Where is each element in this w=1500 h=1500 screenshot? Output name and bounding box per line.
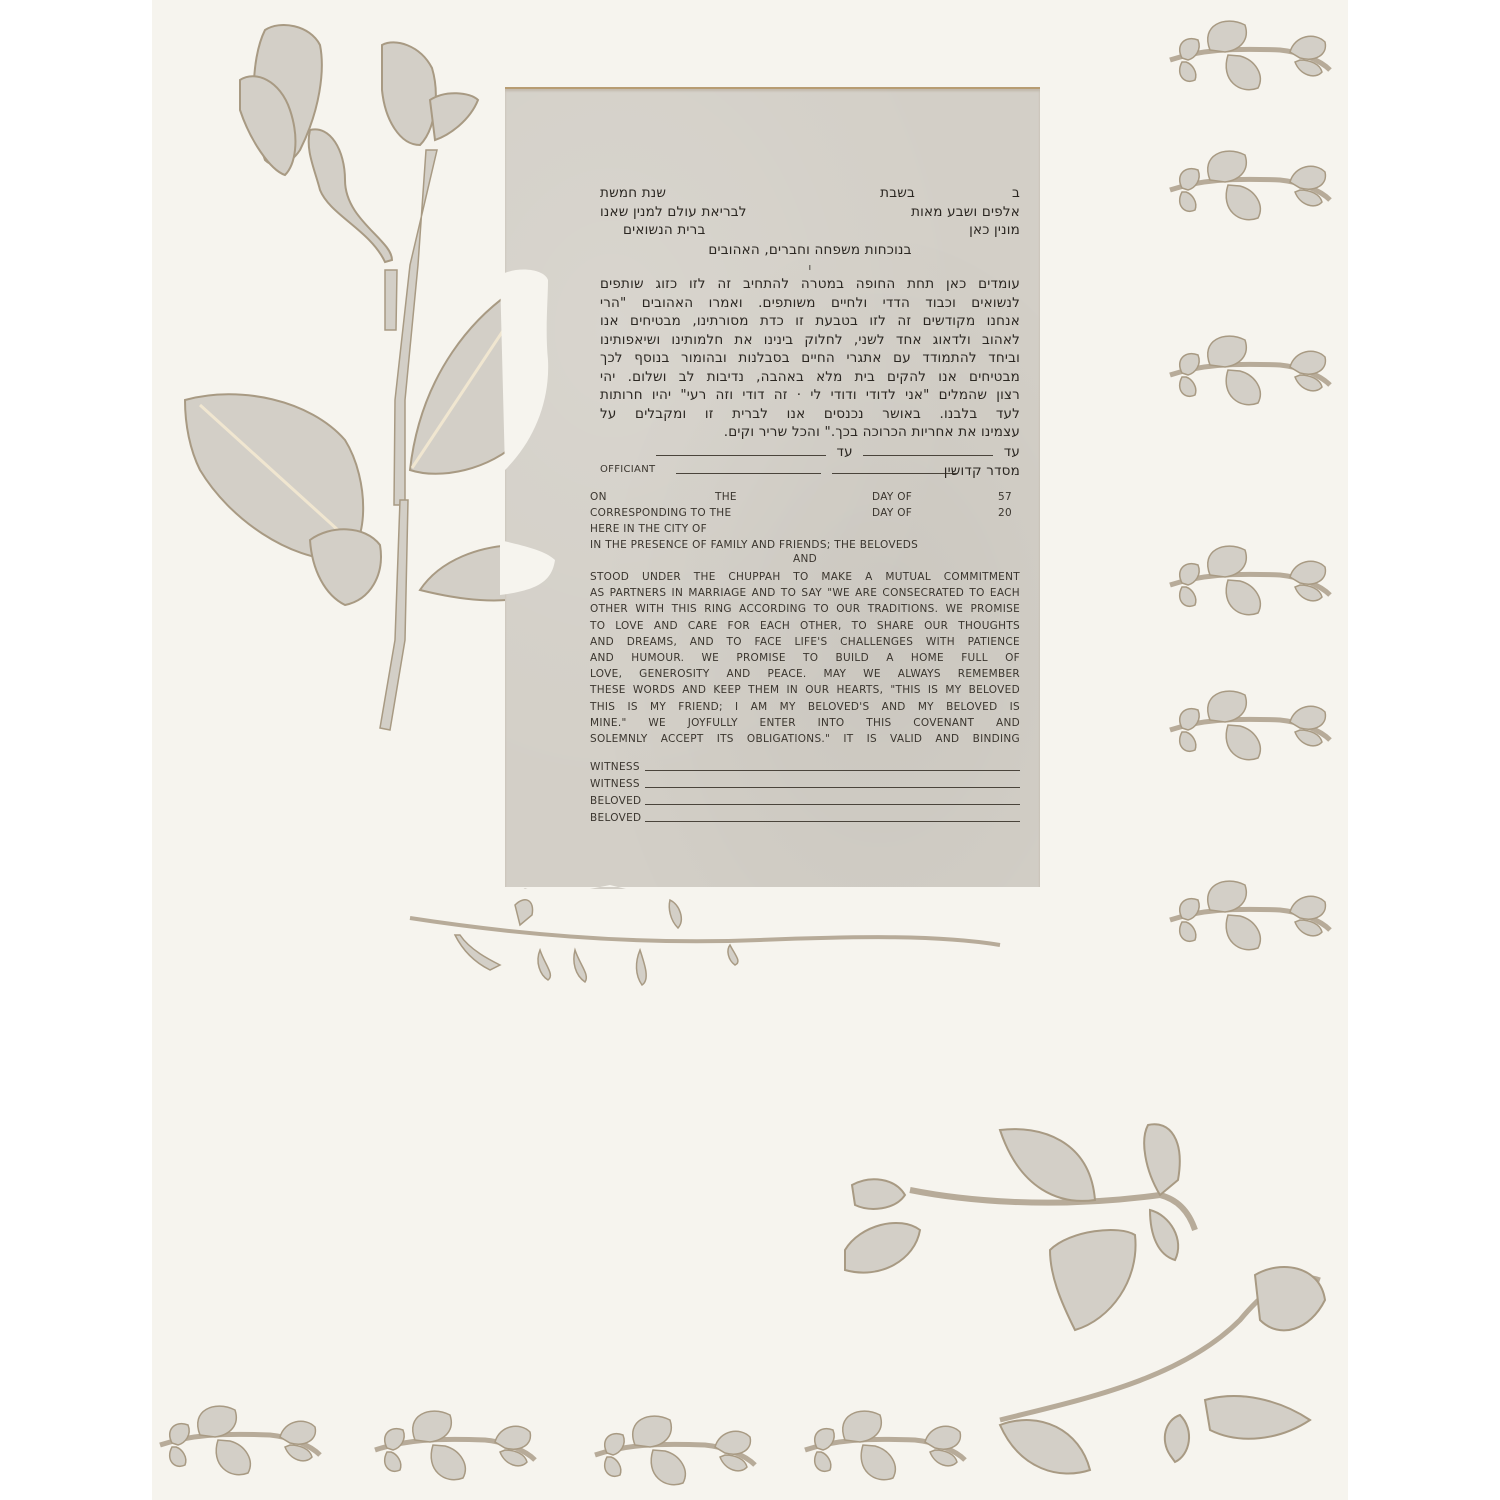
hebrew-header-1-middle: בשבת: [880, 184, 915, 203]
hebrew-witness-row: עד עד: [600, 443, 1020, 462]
officiant-line-en[interactable]: [676, 462, 821, 474]
date-the: the: [715, 489, 737, 505]
date-year-he: 57: [998, 489, 1012, 505]
hebrew-body-line: מבטיחים אנו להקים בית מלא באהבה, נדיבות …: [600, 368, 1020, 387]
signature-line-witness-1[interactable]: [645, 759, 1020, 771]
date-corresponding: corresponding to the: [590, 505, 731, 521]
hebrew-witness-line-1[interactable]: [863, 444, 993, 456]
hebrew-body-line: לנשואים וכבוד הדדי ולחיים משותפים. ואמרו…: [600, 294, 1020, 313]
signature-label-beloved-2: Beloved: [590, 812, 641, 824]
signature-line-beloved-1[interactable]: [645, 793, 1020, 805]
hebrew-header-2-left: לבריאת עולם למנין שאנו: [600, 203, 747, 222]
date-day-of-1: day of: [872, 489, 912, 505]
hebrew-body-line: אנחנו מקודשים זה לזו בטבעת זו כדת מסורתי…: [600, 312, 1020, 331]
english-body-line: mine." we joyfully enter into this coven…: [590, 715, 1020, 731]
english-body-line: to love and care for each other, to shar…: [590, 618, 1020, 634]
hebrew-body-line: לעד בלבנו. באושר נכנסים אנו לברית זו ומק…: [600, 405, 1020, 424]
hebrew-witness-label-1: עד: [1004, 444, 1020, 460]
signature-line-witness-2[interactable]: [645, 776, 1020, 788]
date-city: here in the city of: [590, 521, 707, 537]
signature-label-witness-1: Witness: [590, 761, 640, 773]
english-body-line: as partners in marriage and to say "we a…: [590, 585, 1020, 601]
english-body-line: other with this ring according to our tr…: [590, 601, 1020, 617]
hebrew-header-1-left: שנת חמשת: [600, 184, 666, 203]
ketubah-text-panel: ב בשבת שנת חמשת אלפים ושבע מאות לבריאת ע…: [505, 87, 1040, 889]
hebrew-header-2-right: אלפים ושבע מאות: [911, 203, 1020, 222]
signature-label-witness-2: Witness: [590, 778, 640, 790]
hebrew-body-line: עצמינו את אחריות הכרוכה בכך." והכל שריר …: [600, 423, 1020, 442]
english-body-line: solemnly accept its obligations." it is …: [590, 731, 1020, 747]
english-body-line: and dreams, and to face life's challenge…: [590, 634, 1020, 650]
english-date-block: On the day of 57 corresponding to the da…: [590, 489, 1020, 537]
english-body-line: these words and keep them in our hearts,…: [590, 682, 1020, 698]
english-body-line: and humour. we promise to build a home f…: [590, 650, 1020, 666]
rose-branch-bottom-right-icon: [845, 1124, 1325, 1473]
english-body: stood under the chuppah to make a mutual…: [590, 569, 1020, 747]
officiant-label-en: Officiant: [600, 462, 655, 478]
officiant-line-he[interactable]: [832, 462, 957, 474]
hebrew-header-3-left: ברית הנשואים: [623, 221, 705, 240]
hebrew-body-line: לאהוב ולדאוג אחד לשני, לחלוק בינינו את ח…: [600, 331, 1020, 350]
hebrew-body: עומדים כאן תחת החופה במטרה להתחיב זה לזו…: [600, 275, 1020, 442]
hebrew-header-1-right: ב: [1012, 184, 1020, 203]
hebrew-header: ב בשבת שנת חמשת אלפים ושבע מאות לבריאת ע…: [600, 184, 1020, 240]
officiant-label-he: מסדר קדושין: [944, 462, 1020, 481]
hebrew-witness-line-2[interactable]: [656, 444, 826, 456]
flower-stem-left-icon: [185, 25, 552, 730]
english-signatures: Witness Witness Beloved Beloved: [590, 759, 1020, 827]
english-body-line: this is my friend; I am my beloved's and…: [590, 699, 1020, 715]
english-body-line: love, generosity and peace. may we alway…: [590, 666, 1020, 682]
signature-line-beloved-2[interactable]: [645, 810, 1020, 822]
english-and: and: [590, 551, 1020, 567]
date-on: On: [590, 489, 607, 505]
signature-label-beloved-1: Beloved: [590, 795, 641, 807]
leaf-sprig-right-column-icon: [1170, 21, 1330, 950]
english-body-line: stood under the chuppah to make a mutual…: [590, 569, 1020, 585]
twig-under-document-icon: [410, 900, 1000, 985]
hebrew-presence-line: בנוכחות משפחה וחברים, האהובים: [600, 241, 1020, 260]
date-day-of-2: day of: [872, 505, 912, 521]
hebrew-witness-label-2: עד: [837, 444, 853, 460]
date-year-en: 20: [998, 505, 1012, 521]
hebrew-body-line: עומדים כאן תחת החופה במטרה להתחיב זה לזו…: [600, 275, 1020, 294]
hebrew-body-line: וביחד להתמודד עם אתגרי החיים בסבלנות ובה…: [600, 349, 1020, 368]
hebrew-header-3-right: מונין כאן: [969, 221, 1020, 240]
hebrew-body-line: רצון שהמלים "אני לדודי ודודי לי · זה דוד…: [600, 386, 1020, 405]
officiant-row: Officiant מסדר קדושין: [600, 462, 1020, 480]
leaf-sprig-bottom-row-icon: [160, 1406, 965, 1485]
